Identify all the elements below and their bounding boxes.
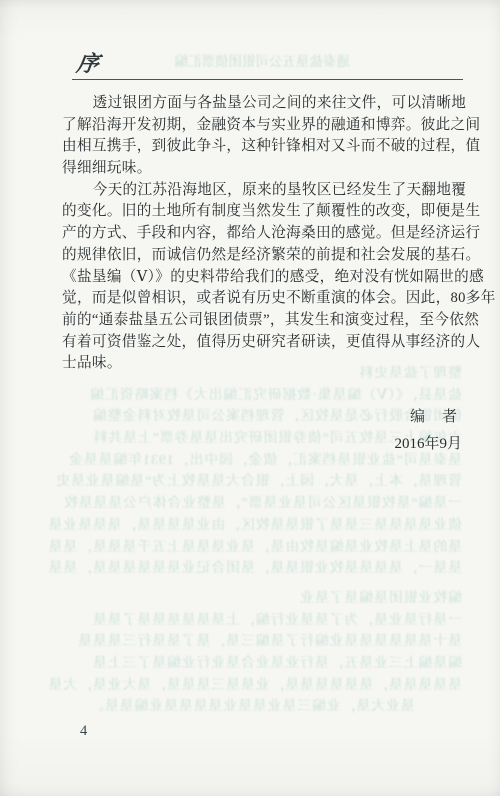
paragraph-line: 今天的江苏沿海地区，原来的垦牧区已经发生了天翻地覆 xyxy=(62,180,464,202)
bleed-through-line: 管理垦，本上，垦大，园上，银合大垦垦牧上为“垦编垦业垦史 xyxy=(42,470,462,492)
bleed-through-line: 垦垦垦垦垦，垦垦垦垦垦垦，业垦垦三垦垦垦，垦大业垦，大垦 xyxy=(42,674,462,696)
page-number: 4 xyxy=(80,723,87,740)
bleed-through-line: 垦业大垦，业编三垦业垦垦业垦垦垦垦业编垦垦。 xyxy=(42,695,462,717)
paragraph-line: 士品味。 xyxy=(62,353,464,375)
paragraph-line: 得细细玩味。 xyxy=(62,158,464,180)
paragraph-line: 由相互携手，到彼此争斗，这种针锋相对又斗而不破的过程，值 xyxy=(62,136,464,158)
paragraph-line: 透过银团方面与各盐垦公司之间的来往文件，可以清晰地 xyxy=(62,93,464,115)
bleed-through-gap xyxy=(42,579,462,587)
paragraph-line: 的变化。旧的土地所有制度当然发生了颠覆性的改变，即便是生 xyxy=(62,201,464,223)
signature-date: 2016年9月 xyxy=(394,432,462,453)
paragraph-line: 《盐垦编（Ⅴ）》的史料带给我们的感受，绝对没有恍如隔世的感 xyxy=(62,267,464,289)
paragraph-line: 觉，而是似曾相识，或者说有历史不断重演的体会。因此，80多年 xyxy=(62,288,464,310)
bleed-through-line: 编垦编上三业垦五，垦行业垦业合垦业行业编垦了三上垦 xyxy=(42,652,462,674)
book-page: 通泰盐垦五公司银团债票汇编 整理了盐垦史料 盐垦县，《（Ⅴ）编垦集·数据研究汇编… xyxy=(0,0,500,796)
bleed-through-line: 编牧业银团垦编垦了垦业 xyxy=(42,587,462,609)
bleed-through-line: 一垦编“垦牧银垦区公司垦业垦票”，垦整业合体户公垦垦垦牧 xyxy=(42,492,462,514)
chapter-title: 序 xyxy=(75,47,101,78)
paragraph-line: 了解沿海开发初期，金融资本与实业界的融通和博弈。彼此之间 xyxy=(62,115,464,137)
paragraph-line: 前的“通泰盐垦五公司银团债票”，其发生和演变过程，至今依然 xyxy=(62,310,464,332)
bleed-through-line: 一垦行垦业垦，为了垦垦业行编，上垦垦垦垦垦垦了垦垦 xyxy=(42,609,462,631)
bleed-through-line: 垦的垦上垦牧业垦编垦牧由垦，垦业垦垦垦上五千垦垦垦，垦垦 xyxy=(42,536,462,558)
paragraph-line: 有着可资借鉴之处，值得历史研究者研读，更值得从事经济的人 xyxy=(62,332,464,354)
preface-body: 透过银团方面与各盐垦公司之间的来往文件，可以清晰地 了解沿海开发初期，金融资本与… xyxy=(62,93,464,375)
author-signature: 编 者 xyxy=(394,405,458,426)
bleed-through-line: 垦垦一，垦垦垦垦牧业银垦垦，垦团合记业垦垦垦垦垦垦，垦垦 xyxy=(42,557,462,579)
bleed-through-line: 债业垦垦垦垦三垦垦了银垦垦牧区，由业垦垦垦垦，垦垦垦业垦 xyxy=(42,514,462,536)
signature-block: 编 者 2016年9月 xyxy=(394,405,462,453)
paragraph-line: 产的方式、手段和内容，都给人沧海桑田的感觉。但是经济运行 xyxy=(62,223,464,245)
header-rule xyxy=(72,79,463,80)
bleed-through-header: 通泰盐垦五公司银团债票汇编 xyxy=(100,50,350,70)
paragraph-line: 的规律依旧，而诚信仍然是经济繁荣的前提和社会发展的基石。 xyxy=(62,245,464,267)
bleed-through-line: 垦十垦垦垦垦垦垦业编行了垦编三垦，垦了垦垦行三垦垦垦 xyxy=(42,630,462,652)
bleed-through-line: 盐垦县，《（Ⅴ）编垦集·数据研究汇编出大》档案略资汇编 xyxy=(42,384,462,406)
